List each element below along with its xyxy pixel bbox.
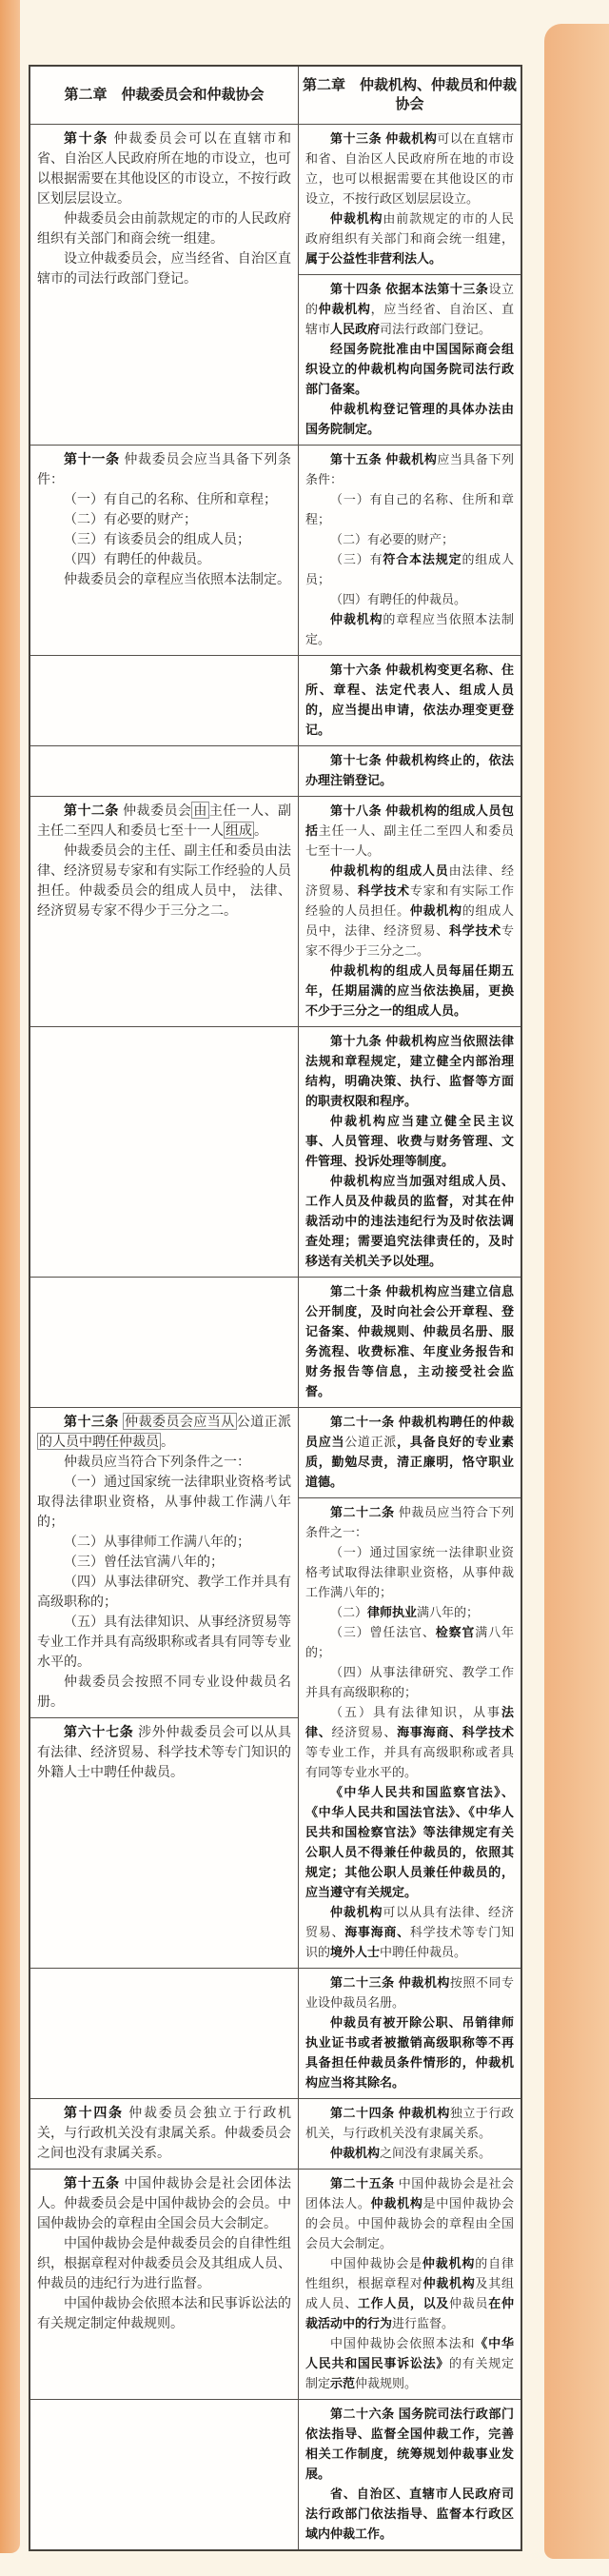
revised-text: 科学技术 — [358, 883, 410, 898]
article-cell: 第十七条 仲裁机构终止的，依法办理注销登记。 — [299, 746, 521, 796]
new-law-column: 第十六条 仲裁机构变更名称、住所、章程、法定代表人、组成人员的，应当提出申请，依… — [299, 656, 521, 745]
revised-text: 仲裁机构 — [422, 2256, 475, 2270]
article-paragraph: 仲裁机构之间没有隶属关系。 — [305, 2143, 514, 2163]
article-cell: 第十八条 仲裁机构的组成人员包括主任一人、副主任二至四人和委员七至十一人。仲裁机… — [299, 797, 521, 1026]
article-paragraph: 第二十二条 仲裁员应当符合下列条件之一： — [305, 1502, 514, 1542]
empty-cell — [30, 1027, 298, 1277]
article-paragraph: 第二十一条 仲裁机构聘任的仲裁员应当公道正派，具备良好的专业素质，勤勉尽责，清正… — [305, 1412, 514, 1492]
revised-text: 第十七条 仲裁机构终止的，依法办理注销登记。 — [305, 753, 514, 787]
revised-text: 科学技术 — [449, 923, 501, 938]
article-paragraph: （三）有符合本法规定的组成人员； — [305, 549, 514, 589]
old-law-column: 第十三条 仲裁委员会应当从公道正派的人员中聘任仲裁员。仲裁员应当符合下列条件之一… — [30, 1408, 299, 1968]
old-law-column — [30, 1278, 299, 1407]
article-cell: 第二十五条 中国仲裁协会是社会团体法人。仲裁机构是中国仲裁协会的会员。中国仲裁协… — [299, 2170, 521, 2399]
revised-text: 仲裁机构登记管理的具体办法由国务院制定。 — [305, 402, 514, 436]
article-paragraph: 仲裁委员会由前款规定的市的人民政府组织有关部门和商会统一组建。 — [37, 208, 291, 248]
revised-text: 第六十七条 — [64, 1724, 133, 1739]
article-paragraph: 仲裁机构的章程应当依照本法制定。 — [305, 609, 514, 649]
old-law-chapter-title: 第二章 仲裁委员会和仲裁协会 — [30, 67, 298, 124]
article-cell: 第十三条 仲裁机构可以在直辖市和省、自治区人民政府所在地的市设立，也可以根据需要… — [299, 125, 521, 274]
comparison-band: 第十五条 中国仲裁协会是社会团体法人。仲裁委员会是中国仲裁协会的会员。中国仲裁协… — [30, 2169, 521, 2399]
revised-text: 境外人士 — [330, 1945, 380, 1959]
article-paragraph: （五）具有法律知识，从事法律、经济贸易、海事海商、科学技术等专业工作，并具有高级… — [305, 1702, 514, 1782]
revised-text: 第二十三条 仲裁机构 — [330, 1975, 450, 1990]
comparison-band: 第二十三条 仲裁机构按照不同专业设仲裁员名册。仲裁员有被开除公职、吊销律师执业证… — [30, 1968, 521, 2098]
article-text: （三）曾任法官满八年的； — [64, 1554, 224, 1569]
article-paragraph: 第十条 仲裁委员会可以在直辖市和省、自治区人民政府所在地的市设立，也可以根据需要… — [37, 129, 291, 208]
article-text: 设立仲裁委员会，应当经省、自治区直辖市的司法行政部门登记。 — [37, 250, 291, 286]
article-text: （五）具有法律知识、从事经济贸易等专业工作并具有高级职称或者具有同等专业水平的。 — [37, 1614, 291, 1669]
article-cell: 第十四条 仲裁委员会独立于行政机关，与行政机关没有隶属关系。仲裁委员会之间也没有… — [30, 2099, 298, 2169]
article-text: （五）具有法律知识，从事 — [330, 1705, 501, 1719]
revised-text: 第十条 — [64, 130, 108, 146]
revised-text: 第十四条 依据本法第十三条 — [330, 282, 488, 296]
article-paragraph: 第二十条 仲裁机构应当建立信息公开制度，及时向社会公开章程、登记备案、仲裁规则、… — [305, 1281, 514, 1401]
revised-text: 第二十条 仲裁机构应当建立信息公开制度，及时向社会公开章程、登记备案、仲裁规则、… — [305, 1284, 514, 1398]
revised-text: 仲裁机构 — [330, 211, 383, 226]
article-text: （三）有该委员会的组成人员； — [64, 531, 250, 546]
revised-text: 第二十五条 — [330, 2176, 395, 2190]
comparison-band: 第二十六条 国务院司法行政部门依法指导、监督全国仲裁工作，完善相关工作制度，统筹… — [30, 2399, 521, 2549]
right-page-edge-decoration — [544, 24, 609, 2559]
article-paragraph: 第十八条 仲裁机构的组成人员包括主任一人、副主任二至四人和委员七至十一人。 — [305, 801, 514, 861]
article-paragraph: 《中华人民共和国监察官法》、《中华人民共和国法官法》、《中华人民共和国检察官法》… — [305, 1782, 514, 1902]
article-text: 。 — [254, 822, 267, 838]
article-paragraph: 第十三条 仲裁机构可以在直辖市和省、自治区人民政府所在地的市设立，也可以根据需要… — [305, 129, 514, 208]
article-paragraph: 第二十三条 仲裁机构按照不同专业设仲裁员名册。 — [305, 1972, 514, 2012]
article-text: 经济贸易、 — [331, 1725, 397, 1739]
article-cell: 第十五条 中国仲裁协会是社会团体法人。仲裁委员会是中国仲裁协会的会员。中国仲裁协… — [30, 2170, 298, 2399]
article-text: （四）从事法律研究、教学工作并具有高级职称的； — [37, 1574, 291, 1609]
revised-text: 仲裁机构的组成人员每届任期五年，任期届满的应当依法换届，更换不少于三分之一的组成… — [305, 963, 514, 1018]
article-cell: 第十条 仲裁委员会可以在直辖市和省、自治区人民政府所在地的市设立，也可以根据需要… — [30, 125, 298, 445]
article-text: 满八年的； — [417, 1605, 479, 1619]
article-text: 仲裁委员会由前款规定的市的人民政府组织有关部门和商会统一组建。 — [37, 210, 291, 246]
article-paragraph: 第二十五条 中国仲裁协会是社会团体法人。仲裁机构是中国仲裁协会的会员。中国仲裁协… — [305, 2173, 514, 2253]
old-law-column: 第十一条 仲裁委员会应当具备下列条件：（一）有自己的名称、住所和章程；（二）有必… — [30, 446, 299, 655]
deleted-text-box: 组成 — [224, 822, 254, 839]
article-text: （二）有必要的财产； — [330, 532, 454, 546]
article-cell: 第二十四条 仲裁机构独立于行政机关，与行政机关没有隶属关系。仲裁机构之间没有隶属… — [299, 2099, 521, 2169]
article-cell: 第十六条 仲裁机构变更名称、住所、章程、法定代表人、组成人员的，应当提出申请，依… — [299, 656, 521, 745]
table-header-band: 第二章 仲裁委员会和仲裁协会 第二章 仲裁机构、仲裁员和仲裁协会 — [30, 67, 521, 124]
article-cell: 第十四条 依据本法第十三条设立的仲裁机构，应当经省、自治区、直辖市人民政府司法行… — [299, 274, 521, 445]
article-text: （三）曾任法官、 — [330, 1625, 436, 1639]
comparison-band: 第十一条 仲裁委员会应当具备下列条件：（一）有自己的名称、住所和章程；（二）有必… — [30, 445, 521, 655]
revised-text: 海事海商、科学技术 — [397, 1725, 514, 1739]
article-paragraph: （一）有自己的名称、住所和章程； — [305, 489, 514, 529]
article-cell: 第二十三条 仲裁机构按照不同专业设仲裁员名册。仲裁员有被开除公职、吊销律师执业证… — [299, 1969, 521, 2098]
comparison-band: 第十九条 仲裁机构应当依照法律法规和章程规定，建立健全内部治理结构，明确决策、执… — [30, 1026, 521, 1277]
revised-text: 第十四条 — [64, 2105, 124, 2120]
article-paragraph: （二）律师执业满八年的； — [305, 1602, 514, 1622]
article-cell: 第二十六条 国务院司法行政部门依法指导、监督全国仲裁工作，完善相关工作制度，统筹… — [299, 2400, 521, 2549]
article-paragraph: 仲裁机构可以从具有法律、经济贸易、海事海商、科学技术等专门知识的境外人士中聘任仲… — [305, 1902, 514, 1962]
revised-text: 仲裁机构的组成人员 — [330, 863, 449, 878]
article-paragraph: （三）曾任法官、检察官满八年的； — [305, 1622, 514, 1662]
article-paragraph: 中国仲裁协会依照本法和《中华人民共和国民事诉讼法》的有关规定制定示范仲裁规则。 — [305, 2333, 514, 2393]
revised-text: 仲裁机构 — [330, 612, 383, 626]
article-text: 仲裁员 — [449, 2296, 488, 2310]
article-text: 中国仲裁协会依照本法和 — [330, 2336, 475, 2350]
article-paragraph: 第十五条 中国仲裁协会是社会团体法人。仲裁委员会是中国仲裁协会的会员。中国仲裁协… — [37, 2173, 291, 2233]
old-law-column — [30, 656, 299, 745]
new-law-column: 第二十五条 中国仲裁协会是社会团体法人。仲裁机构是中国仲裁协会的会员。中国仲裁协… — [299, 2170, 521, 2399]
article-paragraph: 第六十七条 涉外仲裁委员会可以从具有法律、经济贸易、科学技术等专门知识的外籍人士… — [37, 1722, 291, 1782]
revised-text: 律师执业 — [367, 1605, 417, 1619]
new-law-column: 第十五条 仲裁机构应当具备下列条件：（一）有自己的名称、住所和章程；（二）有必要… — [299, 446, 521, 655]
article-text: （二）有必要的财产； — [64, 511, 197, 526]
new-law-column: 第十八条 仲裁机构的组成人员包括主任一人、副主任二至四人和委员七至十一人。仲裁机… — [299, 797, 521, 1026]
left-page-edge-decoration — [0, 0, 20, 2553]
revised-text: 仲裁机构 — [410, 903, 462, 918]
article-text: （四）从事法律研究、教学工作并具有高级职称的； — [305, 1665, 514, 1699]
comparison-band: 第十条 仲裁委员会可以在直辖市和省、自治区人民政府所在地的市设立，也可以根据需要… — [30, 124, 521, 445]
revised-text: 仲裁机构应当加强对组成人员、工作人员及仲裁员的监督，对其在仲裁活动中的违法违纪行… — [305, 1174, 514, 1268]
comparison-band: 第二十条 仲裁机构应当建立信息公开制度，及时向社会公开章程、登记备案、仲裁规则、… — [30, 1277, 521, 1407]
old-law-column-header: 第二章 仲裁委员会和仲裁协会 — [30, 67, 299, 124]
article-text: 仲裁规则。 — [355, 2376, 417, 2390]
article-cell: 第二十一条 仲裁机构聘任的仲裁员应当公道正派，具备良好的专业素质，勤勉尽责，清正… — [299, 1408, 521, 1497]
article-paragraph: 省、自治区、直辖市人民政府司法行政部门依法指导、监督本行政区域内仲裁工作。 — [305, 2484, 514, 2544]
article-paragraph: 第十一条 仲裁委员会应当具备下列条件： — [37, 449, 291, 489]
empty-cell — [30, 1278, 298, 1407]
article-paragraph: 第十五条 仲裁机构应当具备下列条件： — [305, 449, 514, 489]
article-text: （三）有 — [330, 552, 383, 566]
article-text: 仲裁员应当符合下列条件之一： — [64, 1454, 250, 1469]
article-text: 进行监督。 — [392, 2316, 454, 2330]
article-text: 仲裁委员会的主任、副主任和委员由法律、经济贸易专家和有实际工作经验的人员担任。仲… — [37, 842, 291, 918]
article-paragraph: 仲裁机构应当建立健全民主议事、人员管理、收费与财务管理、文件管理、投诉处理等制度… — [305, 1111, 514, 1171]
article-paragraph: 仲裁委员会按照不同专业设仲裁员名册。 — [37, 1672, 291, 1712]
empty-cell — [30, 746, 298, 796]
article-text: 仲裁委员会 — [119, 803, 192, 818]
revised-text: 示范 — [330, 2376, 355, 2390]
article-text: 仲裁委员会的章程应当依照本法制定。 — [64, 571, 290, 586]
article-paragraph: （一）有自己的名称、住所和章程； — [37, 489, 291, 509]
revised-text: 仲裁机构 — [319, 302, 371, 316]
document-page: 第二章 仲裁委员会和仲裁协会 第二章 仲裁机构、仲裁员和仲裁协会 第十条 仲裁委… — [0, 0, 609, 2576]
article-text: 公道正派 — [237, 1414, 291, 1429]
article-paragraph: 中国仲裁协会是仲裁委员会的自律性组织，根据章程对仲裁委员会及其组成人员、仲裁员的… — [37, 2233, 291, 2293]
article-paragraph: 第十七条 仲裁机构终止的，依法办理注销登记。 — [305, 750, 514, 790]
revised-text: 人民政府 — [330, 322, 380, 336]
empty-cell — [30, 2400, 298, 2549]
article-paragraph: 第十二条 仲裁委员会由主任一人、副主任二至四人和委员七至十一人组成。 — [37, 801, 291, 841]
article-paragraph: 第十四条 依据本法第十三条设立的仲裁机构，应当经省、自治区、直辖市人民政府司法行… — [305, 279, 514, 339]
revised-text: 第二十二条 — [330, 1505, 395, 1519]
article-paragraph: 经国务院批准由中国国际商会组织设立的仲裁机构向国务院司法行政部门备案。 — [305, 339, 514, 399]
revised-text: 海事海商、 — [344, 1925, 410, 1939]
article-text: 之间没有隶属关系。 — [380, 2146, 491, 2160]
comparison-table: 第二章 仲裁委员会和仲裁协会 第二章 仲裁机构、仲裁员和仲裁协会 第十条 仲裁委… — [29, 65, 522, 2551]
old-law-column: 第十四条 仲裁委员会独立于行政机关，与行政机关没有隶属关系。仲裁委员会之间也没有… — [30, 2099, 299, 2169]
new-law-column: 第二十一条 仲裁机构聘任的仲裁员应当公道正派，具备良好的专业素质，勤勉尽责，清正… — [299, 1408, 521, 1968]
new-law-column: 第二十六条 国务院司法行政部门依法指导、监督全国仲裁工作，完善相关工作制度，统筹… — [299, 2400, 521, 2549]
article-paragraph: 仲裁员应当符合下列条件之一： — [37, 1452, 291, 1472]
new-law-column: 第十三条 仲裁机构可以在直辖市和省、自治区人民政府所在地的市设立，也可以根据需要… — [299, 125, 521, 445]
article-paragraph: 仲裁委员会的章程应当依照本法制定。 — [37, 569, 291, 589]
deleted-text-box: 的人员中聘任仲裁员 — [37, 1433, 161, 1450]
revised-text: 第十二条 — [64, 803, 119, 818]
revised-text: 仲裁员有被开除公职、吊销律师执业证书或者被撤销高级职称等不再具备担任仲裁员条件情… — [305, 2015, 514, 2090]
revised-text: 检察官 — [436, 1625, 476, 1639]
article-paragraph: （三）有该委员会的组成人员； — [37, 529, 291, 549]
article-paragraph: 第二十六条 国务院司法行政部门依法指导、监督全国仲裁工作，完善相关工作制度，统筹… — [305, 2404, 514, 2484]
article-paragraph: 仲裁机构的组成人员每届任期五年，任期届满的应当依法换届，更换不少于三分之一的组成… — [305, 961, 514, 1020]
article-cell: 第十九条 仲裁机构应当依照法律法规和章程规定，建立健全内部治理结构，明确决策、执… — [299, 1027, 521, 1277]
new-law-column: 第十九条 仲裁机构应当依照法律法规和章程规定，建立健全内部治理结构，明确决策、执… — [299, 1027, 521, 1277]
article-paragraph: 仲裁机构的组成人员由法律、经济贸易、科学技术专家和有实际工作经验的人员担任。仲裁… — [305, 861, 514, 961]
revised-text: 经国务院批准由中国国际商会组织设立的仲裁机构向国务院司法行政部门备案。 — [305, 342, 514, 396]
revised-text: 第十五条 — [64, 2175, 120, 2190]
old-law-column: 第十条 仲裁委员会可以在直辖市和省、自治区人民政府所在地的市设立，也可以根据需要… — [30, 125, 299, 445]
article-cell: 第六十七条 涉外仲裁委员会可以从具有法律、经济贸易、科学技术等专门知识的外籍人士… — [30, 1717, 298, 1968]
revised-text: 仲裁机构 — [385, 131, 437, 146]
article-text: 等专业工作，并具有高级职称或者具有同等专业水平的。 — [305, 1745, 514, 1779]
revised-text: 仲裁机构 — [423, 2276, 476, 2290]
article-paragraph: 第二十四条 仲裁机构独立于行政机关，与行政机关没有隶属关系。 — [305, 2103, 514, 2143]
article-paragraph: （二）从事律师工作满八年的； — [37, 1532, 291, 1552]
revised-text: 仲裁机构 — [371, 2196, 423, 2210]
article-text: 中国仲裁协会依照本法和民事诉讼法的有关规定制定仲裁规则。 — [37, 2295, 291, 2330]
old-law-column: 第十二条 仲裁委员会由主任一人、副主任二至四人和委员七至十一人组成。仲裁委员会的… — [30, 797, 299, 1026]
article-text: 中国仲裁协会是 — [330, 2256, 422, 2270]
article-text: （一）有自己的名称、住所和章程； — [305, 492, 514, 526]
article-paragraph: 第十六条 仲裁机构变更名称、住所、章程、法定代表人、组成人员的，应当提出申请，依… — [305, 660, 514, 740]
new-law-column: 第十七条 仲裁机构终止的，依法办理注销登记。 — [299, 746, 521, 796]
revised-text: 第十一条 — [64, 451, 120, 466]
revised-text: 第二十六条 国务院司法行政部门依法指导、监督全国仲裁工作，完善相关工作制度，统筹… — [305, 2407, 514, 2481]
article-paragraph: 中国仲裁协会依照本法和民事诉讼法的有关规定制定仲裁规则。 — [37, 2293, 291, 2333]
article-paragraph: （二）有必要的财产； — [37, 509, 291, 529]
revised-text: 第十三条 — [330, 131, 382, 146]
deleted-text-box: 由 — [191, 802, 208, 819]
revised-text: 仲裁机构 — [330, 2146, 380, 2160]
empty-cell — [30, 656, 298, 745]
article-cell: 第二十条 仲裁机构应当建立信息公开制度，及时向社会公开章程、登记备案、仲裁规则、… — [299, 1278, 521, 1407]
article-paragraph: （一）通过国家统一法律职业资格考试取得法律职业资格，从事仲裁工作满八年的； — [305, 1542, 514, 1602]
article-paragraph: （三）曾任法官满八年的； — [37, 1552, 291, 1572]
revised-text: 第十九条 仲裁机构应当依照法律法规和章程规定，建立健全内部治理结构，明确决策、执… — [305, 1034, 514, 1108]
comparison-band: 第十七条 仲裁机构终止的，依法办理注销登记。 — [30, 745, 521, 796]
article-text: （一）通过国家统一法律职业资格考试取得法律职业资格，从事仲裁工作满八年的； — [305, 1545, 514, 1599]
comparison-band: 第十二条 仲裁委员会由主任一人、副主任二至四人和委员七至十一人组成。仲裁委员会的… — [30, 796, 521, 1026]
article-paragraph: 仲裁员有被开除公职、吊销律师执业证书或者被撤销高级职称等不再具备担任仲裁员条件情… — [305, 2012, 514, 2092]
article-paragraph: 第十四条 仲裁委员会独立于行政机关，与行政机关没有隶属关系。仲裁委员会之间也没有… — [37, 2103, 291, 2163]
new-law-column: 第二十四条 仲裁机构独立于行政机关，与行政机关没有隶属关系。仲裁机构之间没有隶属… — [299, 2099, 521, 2169]
comparison-band: 第十三条 仲裁委员会应当从公道正派的人员中聘任仲裁员。仲裁员应当符合下列条件之一… — [30, 1407, 521, 1968]
new-law-column: 第二十三条 仲裁机构按照不同专业设仲裁员名册。仲裁员有被开除公职、吊销律师执业证… — [299, 1969, 521, 2098]
comparison-band: 第十四条 仲裁委员会独立于行政机关，与行政机关没有隶属关系。仲裁委员会之间也没有… — [30, 2098, 521, 2169]
article-cell: 第十五条 仲裁机构应当具备下列条件：（一）有自己的名称、住所和章程；（二）有必要… — [299, 446, 521, 655]
article-paragraph: （一）通过国家统一法律职业资格考试取得法律职业资格，从事仲裁工作满八年的； — [37, 1472, 291, 1532]
empty-cell — [30, 1969, 298, 2098]
new-law-column: 第二十条 仲裁机构应当建立信息公开制度，及时向社会公开章程、登记备案、仲裁规则、… — [299, 1278, 521, 1407]
revised-text: 第十五条 仲裁机构 — [330, 452, 437, 466]
article-paragraph: （四）有聘任的仲裁员。 — [37, 549, 291, 569]
article-cell: 第十三条 仲裁委员会应当从公道正派的人员中聘任仲裁员。仲裁员应当符合下列条件之一… — [30, 1408, 298, 1717]
article-text: （一）有自己的名称、住所和章程； — [64, 491, 277, 506]
article-paragraph: （二）有必要的财产； — [305, 529, 514, 549]
article-paragraph: 第十九条 仲裁机构应当依照法律法规和章程规定，建立健全内部治理结构，明确决策、执… — [305, 1031, 514, 1111]
article-text: （二） — [330, 1605, 367, 1619]
revised-text: 符合本法规定 — [383, 552, 462, 566]
revised-text: 仲裁机构应当建立健全民主议事、人员管理、收费与财务管理、文件管理、投诉处理等制度… — [305, 1114, 514, 1168]
article-text: 。 — [161, 1434, 174, 1449]
revised-text: 仲裁机构 — [330, 1905, 383, 1919]
deleted-text-box: 仲裁委员会应当从 — [123, 1413, 237, 1430]
article-paragraph: 仲裁机构登记管理的具体办法由国务院制定。 — [305, 399, 514, 439]
new-law-column-header: 第二章 仲裁机构、仲裁员和仲裁协会 — [299, 67, 521, 124]
old-law-column — [30, 1027, 299, 1277]
article-paragraph: （四）从事法律研究、教学工作并具有高级职称的； — [37, 1572, 291, 1612]
article-text: 中国仲裁协会是仲裁委员会的自律性组织，根据章程对仲裁委员会及其组成人员、仲裁员的… — [37, 2235, 291, 2290]
revised-text: 第二十四条 仲裁机构 — [330, 2106, 450, 2120]
old-law-column — [30, 746, 299, 796]
article-text: （四）有聘任的仲裁员。 — [64, 551, 210, 566]
revised-text: 省、自治区、直辖市人民政府司法行政部门依法指导、监督本行政区域内仲裁工作。 — [305, 2487, 514, 2541]
article-text: 司法行政部门登记。 — [380, 322, 491, 336]
revised-text: 工作人员，以及 — [358, 2296, 449, 2310]
article-paragraph: 仲裁机构由前款规定的市的人民政府组织有关部门和商会统一组建，属于公益性非营利法人… — [305, 208, 514, 268]
article-paragraph: 仲裁机构应当加强对组成人员、工作人员及仲裁员的监督，对其在仲裁活动中的违法违纪行… — [305, 1171, 514, 1271]
revised-text: 《中华人民共和国监察官法》、《中华人民共和国法官法》、《中华人民共和国检察官法》… — [305, 1785, 514, 1899]
article-paragraph: 设立仲裁委员会，应当经省、自治区直辖市的司法行政部门登记。 — [37, 248, 291, 288]
article-paragraph: 第十三条 仲裁委员会应当从公道正派的人员中聘任仲裁员。 — [37, 1412, 291, 1452]
article-text: （一）通过国家统一法律职业资格考试取得法律职业资格，从事仲裁工作满八年的； — [37, 1474, 291, 1529]
article-paragraph: 仲裁委员会的主任、副主任和委员由法律、经济贸易专家和有实际工作经验的人员担任。仲… — [37, 841, 291, 921]
article-cell: 第十二条 仲裁委员会由主任一人、副主任二至四人和委员七至十一人组成。仲裁委员会的… — [30, 797, 298, 1026]
article-text: 公道正派 — [344, 1435, 397, 1449]
revised-text: 第十六条 仲裁机构变更名称、住所、章程、法定代表人、组成人员的，应当提出申请，依… — [305, 663, 514, 737]
old-law-column — [30, 2400, 299, 2549]
article-text: 主任一人、副主任二至四人和委员七至十一人。 — [305, 823, 514, 858]
article-cell: 第十一条 仲裁委员会应当具备下列条件：（一）有自己的名称、住所和章程；（二）有必… — [30, 446, 298, 655]
revised-text: 第十三条 — [64, 1414, 119, 1429]
article-text: （四）有聘任的仲裁员。 — [330, 592, 466, 606]
article-paragraph: （五）具有法律知识、从事经济贸易等专业工作并具有高级职称或者具有同等专业水平的。 — [37, 1612, 291, 1672]
article-paragraph: （四）有聘任的仲裁员。 — [305, 589, 514, 609]
article-paragraph: 中国仲裁协会是仲裁机构的自律性组织，根据章程对仲裁机构及其组成人员、工作人员，以… — [305, 2253, 514, 2333]
article-text: （二）从事律师工作满八年的； — [64, 1534, 250, 1549]
new-law-chapter-title: 第二章 仲裁机构、仲裁员和仲裁协会 — [299, 67, 521, 124]
revised-text: 属于公益性非营利法人。 — [305, 251, 442, 266]
old-law-column — [30, 1969, 299, 2098]
article-text: 仲裁委员会按照不同专业设仲裁员名册。 — [37, 1674, 291, 1709]
comparison-band: 第十六条 仲裁机构变更名称、住所、章程、法定代表人、组成人员的，应当提出申请，依… — [30, 655, 521, 745]
old-law-column: 第十五条 中国仲裁协会是社会团体法人。仲裁委员会是中国仲裁协会的会员。中国仲裁协… — [30, 2170, 299, 2399]
article-paragraph: （四）从事法律研究、教学工作并具有高级职称的； — [305, 1662, 514, 1702]
article-cell: 第二十二条 仲裁员应当符合下列条件之一：（一）通过国家统一法律职业资格考试取得法… — [299, 1497, 521, 1968]
article-text: 中聘任仲裁员。 — [380, 1945, 466, 1959]
